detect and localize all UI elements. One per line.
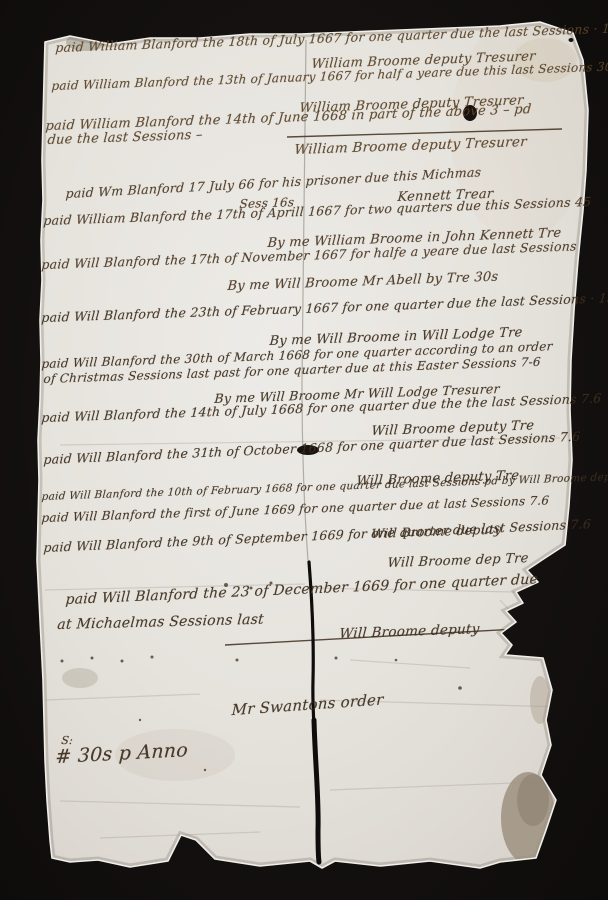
- manuscript-line: Mr Swantons order: [231, 690, 384, 719]
- manuscript-line: William Broome deputy Tresurer: [294, 134, 528, 158]
- manuscript-line: paid William Blanford the 17th of Aprill…: [43, 194, 592, 228]
- manuscript-line: Will Broome deputy: [339, 621, 480, 642]
- manuscript-line: paid William Blanford the 14th of June 1…: [45, 102, 532, 134]
- photograph-of-manuscript: paid William Blanford the 18th of July 1…: [0, 0, 608, 900]
- handwritten-text-layer: paid William Blanford the 18th of July 1…: [0, 0, 608, 900]
- manuscript-line: paid Will Blanford the 23 of December 16…: [65, 571, 538, 608]
- manuscript-line: By me Will Broome Mr Abell by Tre 30s: [227, 270, 499, 295]
- manuscript-line: # 30s p Anno: [55, 739, 189, 768]
- manuscript-line: at Michaelmas Sessions last: [57, 612, 265, 633]
- manuscript-line: paid Will Blanford the 31th of October 1…: [43, 429, 581, 467]
- manuscript-line: Will Broome dep Tre: [387, 551, 529, 571]
- manuscript-line: paid Will Blanford the 23th of February …: [41, 290, 608, 325]
